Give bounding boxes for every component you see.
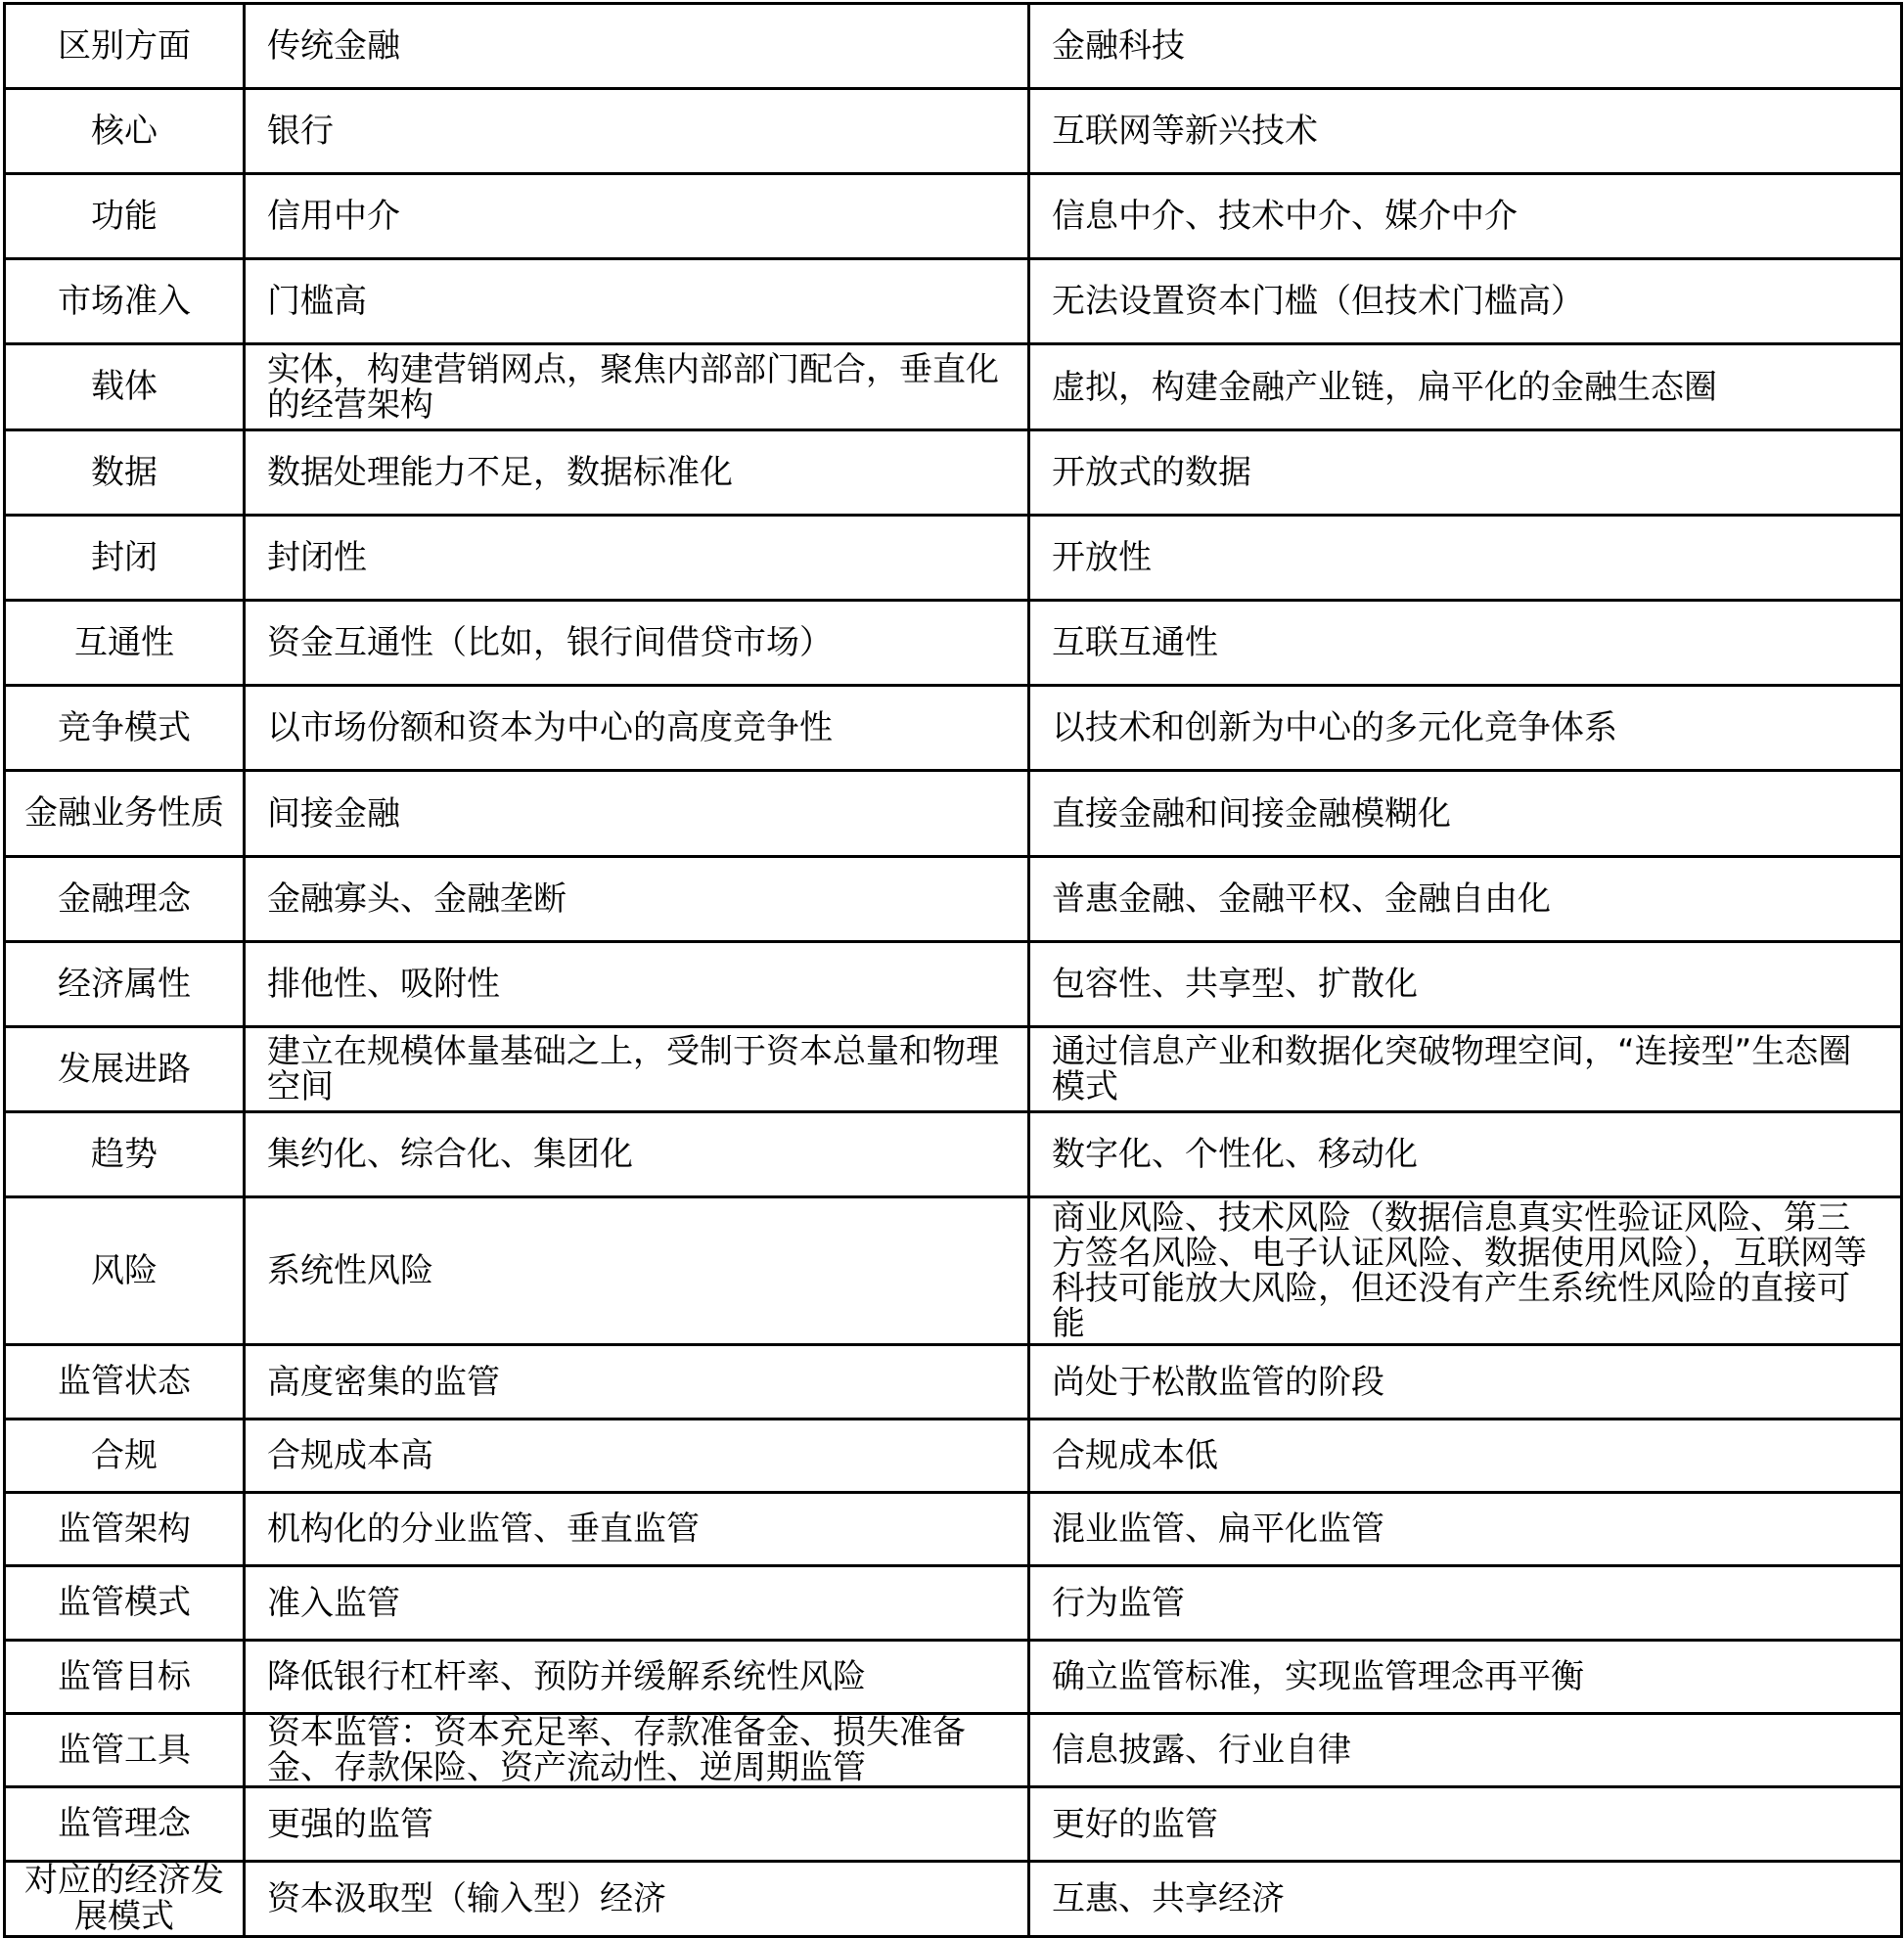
aspect-cell: 监管状态 — [5, 1345, 245, 1420]
table-row: 竞争模式以市场份额和资本为中心的高度竞争性以技术和创新为中心的多元化竞争体系 — [5, 686, 1902, 771]
fintech-cell: 互联网等新兴技术 — [1029, 89, 1902, 174]
fintech-cell: 行为监管 — [1029, 1566, 1902, 1641]
fintech-cell: 确立监管标准，实现监管理念再平衡 — [1029, 1641, 1902, 1714]
fintech-cell: 数字化、个性化、移动化 — [1029, 1112, 1902, 1197]
table-row: 合规合规成本高合规成本低 — [5, 1420, 1902, 1493]
table-row: 监管工具资本监管：资本充足率、存款准备金、损失准备金、存款保险、资产流动性、逆周… — [5, 1714, 1902, 1787]
aspect-cell: 竞争模式 — [5, 686, 245, 771]
traditional-cell: 资本汲取型（输入型）经济 — [245, 1862, 1029, 1937]
table-row: 对应的经济发展模式资本汲取型（输入型）经济互惠、共享经济 — [5, 1862, 1902, 1937]
aspect-cell: 经济属性 — [5, 942, 245, 1027]
traditional-cell: 资本监管：资本充足率、存款准备金、损失准备金、存款保险、资产流动性、逆周期监管 — [245, 1714, 1029, 1787]
fintech-cell: 以技术和创新为中心的多元化竞争体系 — [1029, 686, 1902, 771]
aspect-cell: 核心 — [5, 89, 245, 174]
aspect-cell: 合规 — [5, 1420, 245, 1493]
aspect-cell: 趋势 — [5, 1112, 245, 1197]
table-row: 封闭封闭性开放性 — [5, 516, 1902, 601]
table-row: 趋势集约化、综合化、集团化数字化、个性化、移动化 — [5, 1112, 1902, 1197]
table-row: 金融理念金融寡头、金融垄断普惠金融、金融平权、金融自由化 — [5, 857, 1902, 942]
aspect-cell: 监管模式 — [5, 1566, 245, 1641]
table-row: 经济属性排他性、吸附性包容性、共享型、扩散化 — [5, 942, 1902, 1027]
fintech-cell: 直接金融和间接金融模糊化 — [1029, 771, 1902, 857]
aspect-cell: 监管架构 — [5, 1493, 245, 1566]
table-row: 功能信用中介信息中介、技术中介、媒介中介 — [5, 174, 1902, 259]
fintech-cell: 信息中介、技术中介、媒介中介 — [1029, 174, 1902, 259]
fintech-cell: 开放性 — [1029, 516, 1902, 601]
table-row: 市场准入门槛高无法设置资本门槛（但技术门槛高） — [5, 259, 1902, 344]
fintech-cell: 信息披露、行业自律 — [1029, 1714, 1902, 1787]
table-row: 金融业务性质间接金融直接金融和间接金融模糊化 — [5, 771, 1902, 857]
traditional-cell: 以市场份额和资本为中心的高度竞争性 — [245, 686, 1029, 771]
traditional-cell: 高度密集的监管 — [245, 1345, 1029, 1420]
traditional-cell: 封闭性 — [245, 516, 1029, 601]
traditional-cell: 机构化的分业监管、垂直监管 — [245, 1493, 1029, 1566]
traditional-cell: 系统性风险 — [245, 1197, 1029, 1345]
fintech-cell: 互惠、共享经济 — [1029, 1862, 1902, 1937]
traditional-cell: 门槛高 — [245, 259, 1029, 344]
table-row: 监管目标降低银行杠杆率、预防并缓解系统性风险确立监管标准，实现监管理念再平衡 — [5, 1641, 1902, 1714]
table-row: 监管模式准入监管行为监管 — [5, 1566, 1902, 1641]
header-row: 区别方面 传统金融 金融科技 — [5, 4, 1902, 89]
aspect-cell: 监管工具 — [5, 1714, 245, 1787]
table-row: 数据数据处理能力不足，数据标准化开放式的数据 — [5, 430, 1902, 516]
traditional-cell: 数据处理能力不足，数据标准化 — [245, 430, 1029, 516]
traditional-cell: 实体，构建营销网点，聚焦内部部门配合，垂直化的经营架构 — [245, 344, 1029, 430]
traditional-cell: 间接金融 — [245, 771, 1029, 857]
fintech-cell: 混业监管、扁平化监管 — [1029, 1493, 1902, 1566]
fintech-cell: 商业风险、技术风险（数据信息真实性验证风险、第三方签名风险、电子认证风险、数据使… — [1029, 1197, 1902, 1345]
table-row: 发展进路建立在规模体量基础之上，受制于资本总量和物理空间通过信息产业和数据化突破… — [5, 1027, 1902, 1112]
table-row: 风险系统性风险商业风险、技术风险（数据信息真实性验证风险、第三方签名风险、电子认… — [5, 1197, 1902, 1345]
traditional-cell: 更强的监管 — [245, 1787, 1029, 1862]
table-row: 核心银行互联网等新兴技术 — [5, 89, 1902, 174]
fintech-cell: 无法设置资本门槛（但技术门槛高） — [1029, 259, 1902, 344]
aspect-cell: 金融业务性质 — [5, 771, 245, 857]
fintech-cell: 合规成本低 — [1029, 1420, 1902, 1493]
fintech-cell: 包容性、共享型、扩散化 — [1029, 942, 1902, 1027]
header-fintech: 金融科技 — [1029, 4, 1902, 89]
table-row: 监管状态高度密集的监管尚处于松散监管的阶段 — [5, 1345, 1902, 1420]
aspect-cell: 数据 — [5, 430, 245, 516]
traditional-cell: 银行 — [245, 89, 1029, 174]
traditional-cell: 资金互通性（比如，银行间借贷市场） — [245, 601, 1029, 686]
traditional-cell: 降低银行杠杆率、预防并缓解系统性风险 — [245, 1641, 1029, 1714]
traditional-cell: 合规成本高 — [245, 1420, 1029, 1493]
aspect-cell: 金融理念 — [5, 857, 245, 942]
aspect-cell: 功能 — [5, 174, 245, 259]
aspect-cell: 发展进路 — [5, 1027, 245, 1112]
traditional-cell: 金融寡头、金融垄断 — [245, 857, 1029, 942]
traditional-cell: 集约化、综合化、集团化 — [245, 1112, 1029, 1197]
fintech-cell: 尚处于松散监管的阶段 — [1029, 1345, 1902, 1420]
header-aspect: 区别方面 — [5, 4, 245, 89]
aspect-cell: 封闭 — [5, 516, 245, 601]
aspect-cell: 对应的经济发展模式 — [5, 1862, 245, 1937]
fintech-cell: 虚拟，构建金融产业链，扁平化的金融生态圈 — [1029, 344, 1902, 430]
aspect-cell: 监管目标 — [5, 1641, 245, 1714]
fintech-cell: 通过信息产业和数据化突破物理空间，“连接型”生态圈模式 — [1029, 1027, 1902, 1112]
fintech-cell: 普惠金融、金融平权、金融自由化 — [1029, 857, 1902, 942]
fintech-cell: 开放式的数据 — [1029, 430, 1902, 516]
traditional-cell: 排他性、吸附性 — [245, 942, 1029, 1027]
aspect-cell: 互通性 — [5, 601, 245, 686]
aspect-cell: 风险 — [5, 1197, 245, 1345]
comparison-table: 区别方面 传统金融 金融科技 核心银行互联网等新兴技术功能信用中介信息中介、技术… — [3, 2, 1903, 1936]
table-row: 载体实体，构建营销网点，聚焦内部部门配合，垂直化的经营架构虚拟，构建金融产业链，… — [5, 344, 1902, 430]
aspect-cell: 载体 — [5, 344, 245, 430]
table-row: 互通性资金互通性（比如，银行间借贷市场）互联互通性 — [5, 601, 1902, 686]
fintech-cell: 更好的监管 — [1029, 1787, 1902, 1862]
aspect-cell: 市场准入 — [5, 259, 245, 344]
traditional-cell: 准入监管 — [245, 1566, 1029, 1641]
header-traditional: 传统金融 — [245, 4, 1029, 89]
traditional-cell: 建立在规模体量基础之上，受制于资本总量和物理空间 — [245, 1027, 1029, 1112]
table-row: 监管理念更强的监管更好的监管 — [5, 1787, 1902, 1862]
aspect-cell: 监管理念 — [5, 1787, 245, 1862]
fintech-cell: 互联互通性 — [1029, 601, 1902, 686]
traditional-cell: 信用中介 — [245, 174, 1029, 259]
table-row: 监管架构机构化的分业监管、垂直监管混业监管、扁平化监管 — [5, 1493, 1902, 1566]
